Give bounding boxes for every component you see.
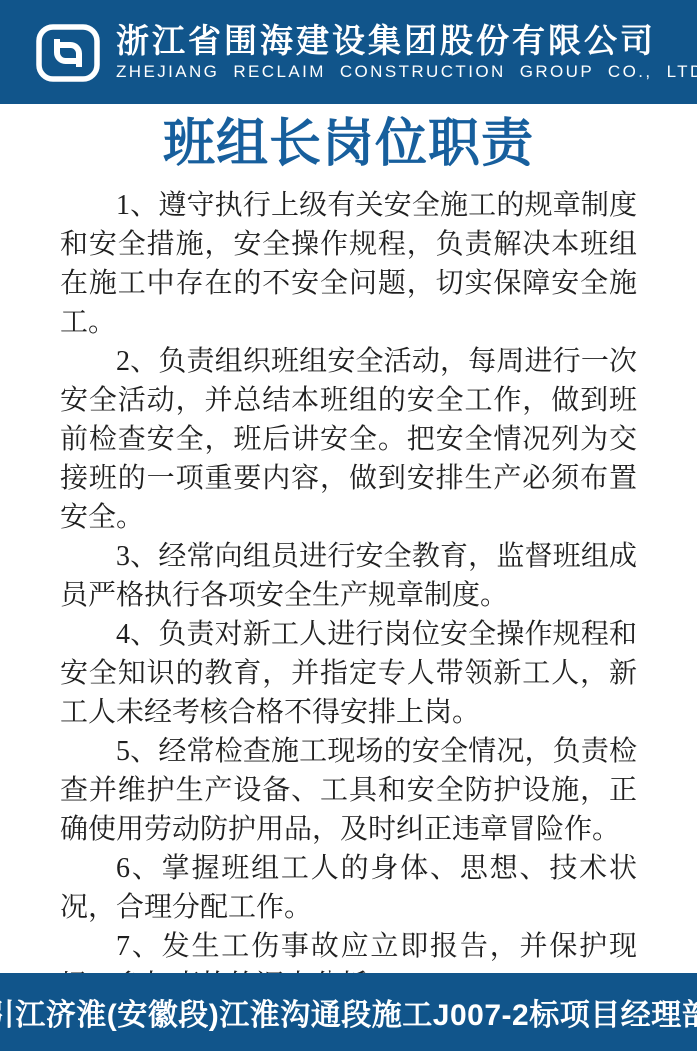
duty-item-2: 2、负责组织班组安全活动，每周进行一次安全活动，并总结本班组的安全工作，做到班前… xyxy=(60,342,637,537)
project-footer-band: 引江济淮(安徽段)江淮沟通段施工J007-2标项目经理部 xyxy=(0,973,697,1051)
duty-item-6: 6、掌握班组工人的身体、思想、技术状况，合理分配工作。 xyxy=(60,849,637,927)
page-title: 班组长岗位职责 xyxy=(0,112,697,176)
company-name-english: ZHEJIANG RECLAIM CONSTRUCTION GROUP CO.,… xyxy=(116,62,697,81)
duty-item-4: 4、负责对新工人进行岗位安全操作规程和安全知识的教育，并指定专人带领新工人，新工… xyxy=(60,615,637,732)
company-names: 浙江省围海建设集团股份有限公司 ZHEJIANG RECLAIM CONSTRU… xyxy=(116,23,697,81)
duties-list: 1、遵守执行上级有关安全施工的规章制度和安全措施，安全操作规程，负责解决本班组在… xyxy=(60,186,637,1005)
job-duty-poster: 浙江省围海建设集团股份有限公司 ZHEJIANG RECLAIM CONSTRU… xyxy=(0,0,697,1051)
company-logo-icon xyxy=(36,24,100,82)
project-department-label: 引江济淮(安徽段)江淮沟通段施工J007-2标项目经理部 xyxy=(0,990,697,1034)
company-header-band: 浙江省围海建设集团股份有限公司 ZHEJIANG RECLAIM CONSTRU… xyxy=(0,0,697,104)
duty-item-1: 1、遵守执行上级有关安全施工的规章制度和安全措施，安全操作规程，负责解决本班组在… xyxy=(60,186,637,342)
duty-item-5: 5、经常检查施工现场的安全情况，负责检查并维护生产设备、工具和安全防护设施，正确… xyxy=(60,732,637,849)
duty-item-3: 3、经常向组员进行安全教育，监督班组成员严格执行各项安全生产规章制度。 xyxy=(60,537,637,615)
company-name-chinese: 浙江省围海建设集团股份有限公司 xyxy=(116,23,697,59)
